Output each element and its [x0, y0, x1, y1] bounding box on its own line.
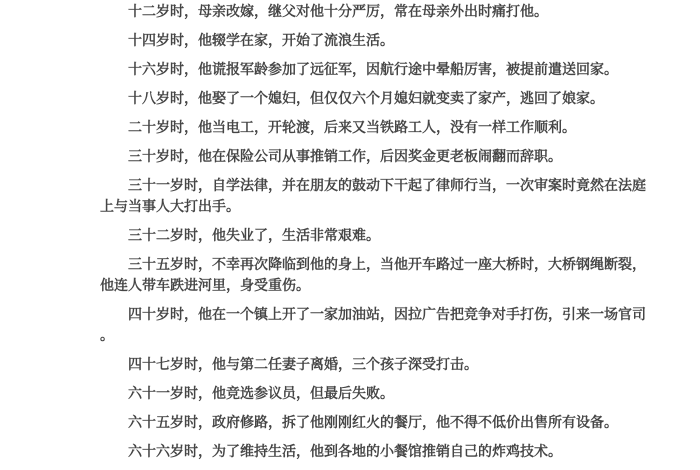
- paragraph-age-31: 三十一岁时，自学法律，并在朋友的鼓动下干起了律师行当，一次审案时竟然在法庭上与当…: [100, 176, 654, 218]
- document-page: 十二岁时，母亲改嫁，继父对他十分严厉，常在母亲外出时痛打他。 十四岁时，他辍学在…: [0, 0, 700, 470]
- paragraph-age-61: 六十一岁时，他竞选参议员，但最后失败。: [100, 384, 654, 405]
- paragraph-age-66: 六十六岁时，为了维持生活，他到各地的小餐馆推销自己的炸鸡技术。: [100, 442, 654, 463]
- paragraph-age-20: 二十岁时，他当电工，开轮渡，后来又当铁路工人，没有一样工作顺利。: [100, 118, 654, 139]
- paragraph-age-16: 十六岁时，他谎报军龄参加了远征军，因航行途中晕船厉害，被提前遣送回家。: [100, 60, 654, 81]
- paragraph-age-35: 三十五岁时，不幸再次降临到他的身上，当他开车路过一座大桥时，大桥钢绳断裂，他连人…: [100, 255, 654, 297]
- paragraph-age-14: 十四岁时，他辍学在家，开始了流浪生活。: [100, 31, 654, 52]
- paragraph-age-65: 六十五岁时，政府修路，拆了他刚刚红火的餐厅，他不得不低价出售所有设备。: [100, 413, 654, 434]
- paragraph-age-18: 十八岁时，他娶了一个媳妇，但仅仅六个月媳妇就变卖了家产，逃回了娘家。: [100, 89, 654, 110]
- paragraph-age-30: 三十岁时，他在保险公司从事推销工作，后因奖金更老板闹翻而辞职。: [100, 147, 654, 168]
- paragraph-age-40: 四十岁时，他在一个镇上开了一家加油站，因拉广告把竞争对手打伤，引来一场官司。: [100, 305, 654, 347]
- paragraph-age-47: 四十七岁时，他与第二任妻子离婚，三个孩子深受打击。: [100, 355, 654, 376]
- paragraph-age-32: 三十二岁时，他失业了，生活非常艰难。: [100, 226, 654, 247]
- paragraph-age-12: 十二岁时，母亲改嫁，继父对他十分严厉，常在母亲外出时痛打他。: [100, 2, 654, 23]
